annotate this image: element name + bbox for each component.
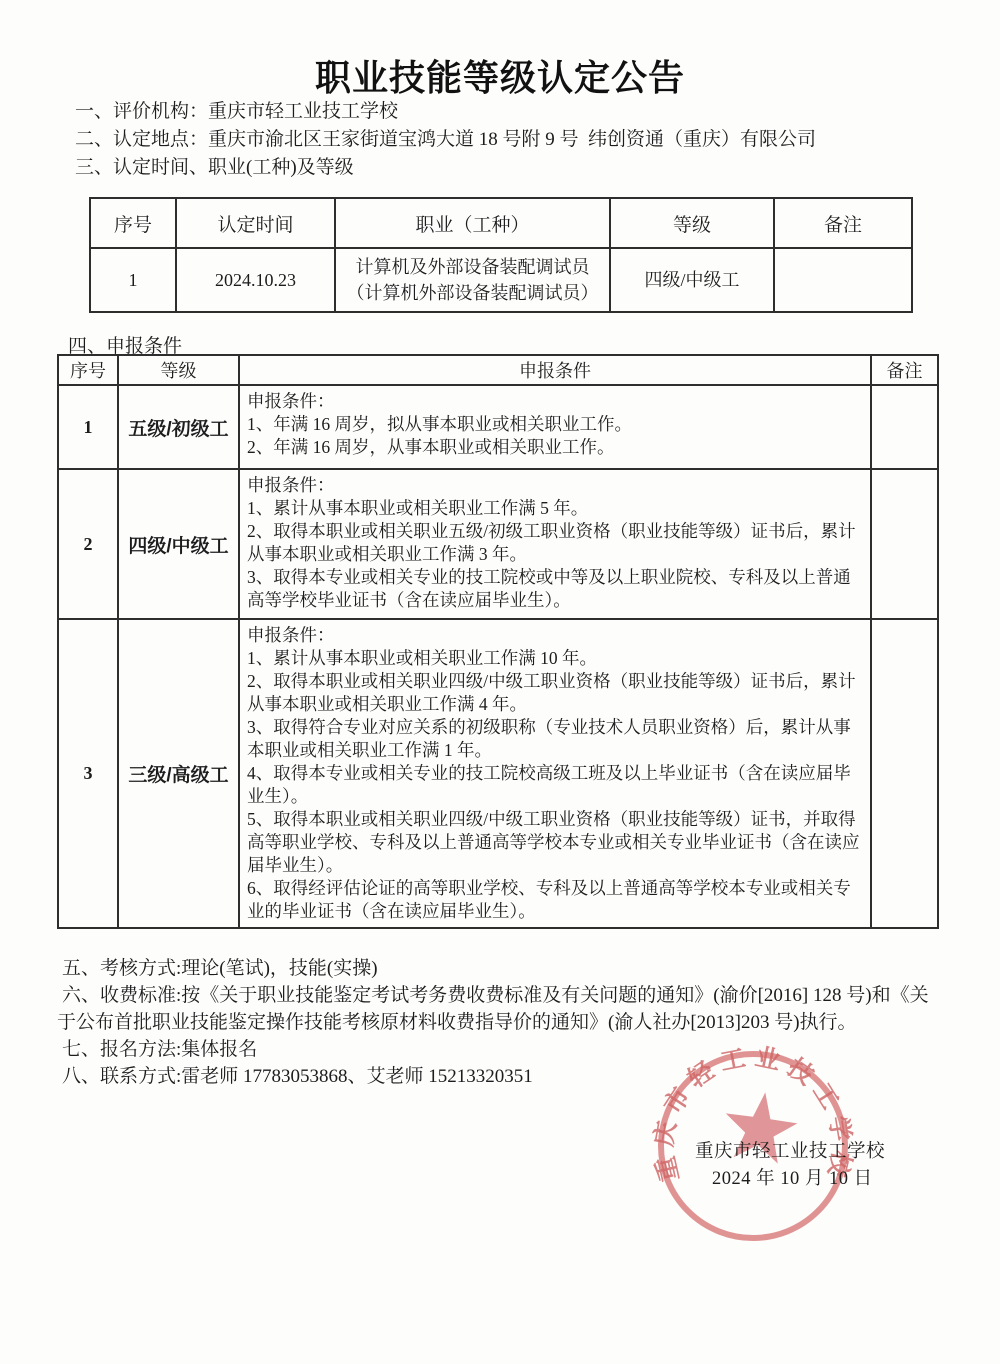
cell-no: 1 [90, 248, 176, 312]
table-row: 3 三级/高级工 申报条件： 1、累计从事本职业或相关职业工作满 10 年。 2… [58, 619, 938, 928]
footer-line-exam-method: 五、考核方式:理论(笔试)，技能(实操) [57, 955, 939, 982]
cell-note [871, 385, 938, 469]
intro-line-location: 二、认定地点：重庆市渝北区王家街道宝鸿大道 18 号附 9 号 纬创资通（重庆）… [62, 126, 942, 154]
cell-no: 2 [58, 469, 118, 619]
header-note: 备注 [871, 355, 938, 385]
conditions-intro: 申报条件： [247, 474, 860, 497]
condition-item: 4、取得本专业或相关专业的技工院校高级工班及以上毕业证书（含在读应届毕业生）。 [247, 762, 860, 808]
document-page: 职业技能等级认定公告 一、评价机构：重庆市轻工业技工学校 二、认定地点：重庆市渝… [0, 0, 1000, 1364]
page-title: 职业技能等级认定公告 [0, 50, 1000, 101]
cell-level: 四级/中级工 [610, 248, 774, 312]
header-no: 序号 [90, 198, 176, 248]
header-conditions: 申报条件 [239, 355, 871, 385]
intro-line-evaluator: 一、评价机构：重庆市轻工业技工学校 [62, 98, 942, 126]
header-no: 序号 [58, 355, 118, 385]
header-note: 备注 [774, 198, 912, 248]
cell-level: 三级/高级工 [118, 619, 239, 928]
schedule-table-header-row: 序号 认定时间 职业（工种） 等级 备注 [90, 198, 912, 248]
condition-item: 5、取得本职业或相关职业四级/中级工职业资格（职业技能等级）证书，并取得高等职业… [247, 808, 860, 877]
condition-item: 1、累计从事本职业或相关职业工作满 5 年。 [247, 497, 860, 520]
condition-item: 1、累计从事本职业或相关职业工作满 10 年。 [247, 647, 860, 670]
cell-note [774, 248, 912, 312]
cell-conditions: 申报条件： 1、累计从事本职业或相关职业工作满 10 年。 2、取得本职业或相关… [239, 619, 871, 928]
cell-level: 五级/初级工 [118, 385, 239, 469]
condition-item: 2、年满 16 周岁，从事本职业或相关职业工作。 [247, 436, 860, 459]
condition-item: 2、取得本职业或相关职业四级/中级工职业资格（职业技能等级）证书后，累计从事本职… [247, 670, 860, 716]
cell-no: 3 [58, 619, 118, 928]
schedule-table-row: 1 2024.10.23 计算机及外部设备装配调试员（计算机外部设备装配调试员）… [90, 248, 912, 312]
signature-date: 2024 年 10 月 10 日 [712, 1164, 873, 1190]
cell-conditions: 申报条件： 1、年满 16 周岁，拟从事本职业或相关职业工作。 2、年满 16 … [239, 385, 871, 469]
conditions-intro: 申报条件： [247, 390, 860, 413]
cell-date: 2024.10.23 [176, 248, 335, 312]
cell-note [871, 469, 938, 619]
cell-conditions: 申报条件： 1、累计从事本职业或相关职业工作满 5 年。 2、取得本职业或相关职… [239, 469, 871, 619]
condition-item: 1、年满 16 周岁，拟从事本职业或相关职业工作。 [247, 413, 860, 436]
cell-no: 1 [58, 385, 118, 469]
cell-note [871, 619, 938, 928]
header-level: 等级 [118, 355, 239, 385]
footer-line-fees: 六、收费标准:按《关于职业技能鉴定考试考务费收费标准及有关问题的通知》(渝价[2… [57, 982, 939, 1036]
cell-occupation: 计算机及外部设备装配调试员（计算机外部设备装配调试员） [335, 248, 610, 312]
table-row: 2 四级/中级工 申报条件： 1、累计从事本职业或相关职业工作满 5 年。 2、… [58, 469, 938, 619]
intro-section: 一、评价机构：重庆市轻工业技工学校 二、认定地点：重庆市渝北区王家街道宝鸿大道 … [62, 98, 942, 182]
cell-level: 四级/中级工 [118, 469, 239, 619]
conditions-intro: 申报条件： [247, 624, 860, 647]
schedule-table: 序号 认定时间 职业（工种） 等级 备注 1 2024.10.23 计算机及外部… [89, 197, 913, 313]
header-date: 认定时间 [176, 198, 335, 248]
condition-item: 3、取得本专业或相关专业的技工院校或中等及以上职业院校、专科及以上普通高等学校毕… [247, 566, 860, 612]
condition-item: 2、取得本职业或相关职业五级/初级工职业资格（职业技能等级）证书后，累计从事本职… [247, 520, 860, 566]
conditions-table-header-row: 序号 等级 申报条件 备注 [58, 355, 938, 385]
table-row: 1 五级/初级工 申报条件： 1、年满 16 周岁，拟从事本职业或相关职业工作。… [58, 385, 938, 469]
condition-item: 6、取得经评估论证的高等职业学校、专科及以上普通高等学校本专业或相关专业的毕业证… [247, 877, 860, 923]
header-occupation: 职业（工种） [335, 198, 610, 248]
header-level: 等级 [610, 198, 774, 248]
conditions-table: 序号 等级 申报条件 备注 1 五级/初级工 申报条件： 1、年满 16 周岁，… [57, 354, 939, 929]
signature-organization: 重庆市轻工业技工学校 [695, 1137, 885, 1163]
intro-line-schedule: 三、认定时间、职业(工种)及等级 [62, 154, 942, 182]
condition-item: 3、取得符合专业对应关系的初级职称（专业技术人员职业资格）后，累计从事本职业或相… [247, 716, 860, 762]
